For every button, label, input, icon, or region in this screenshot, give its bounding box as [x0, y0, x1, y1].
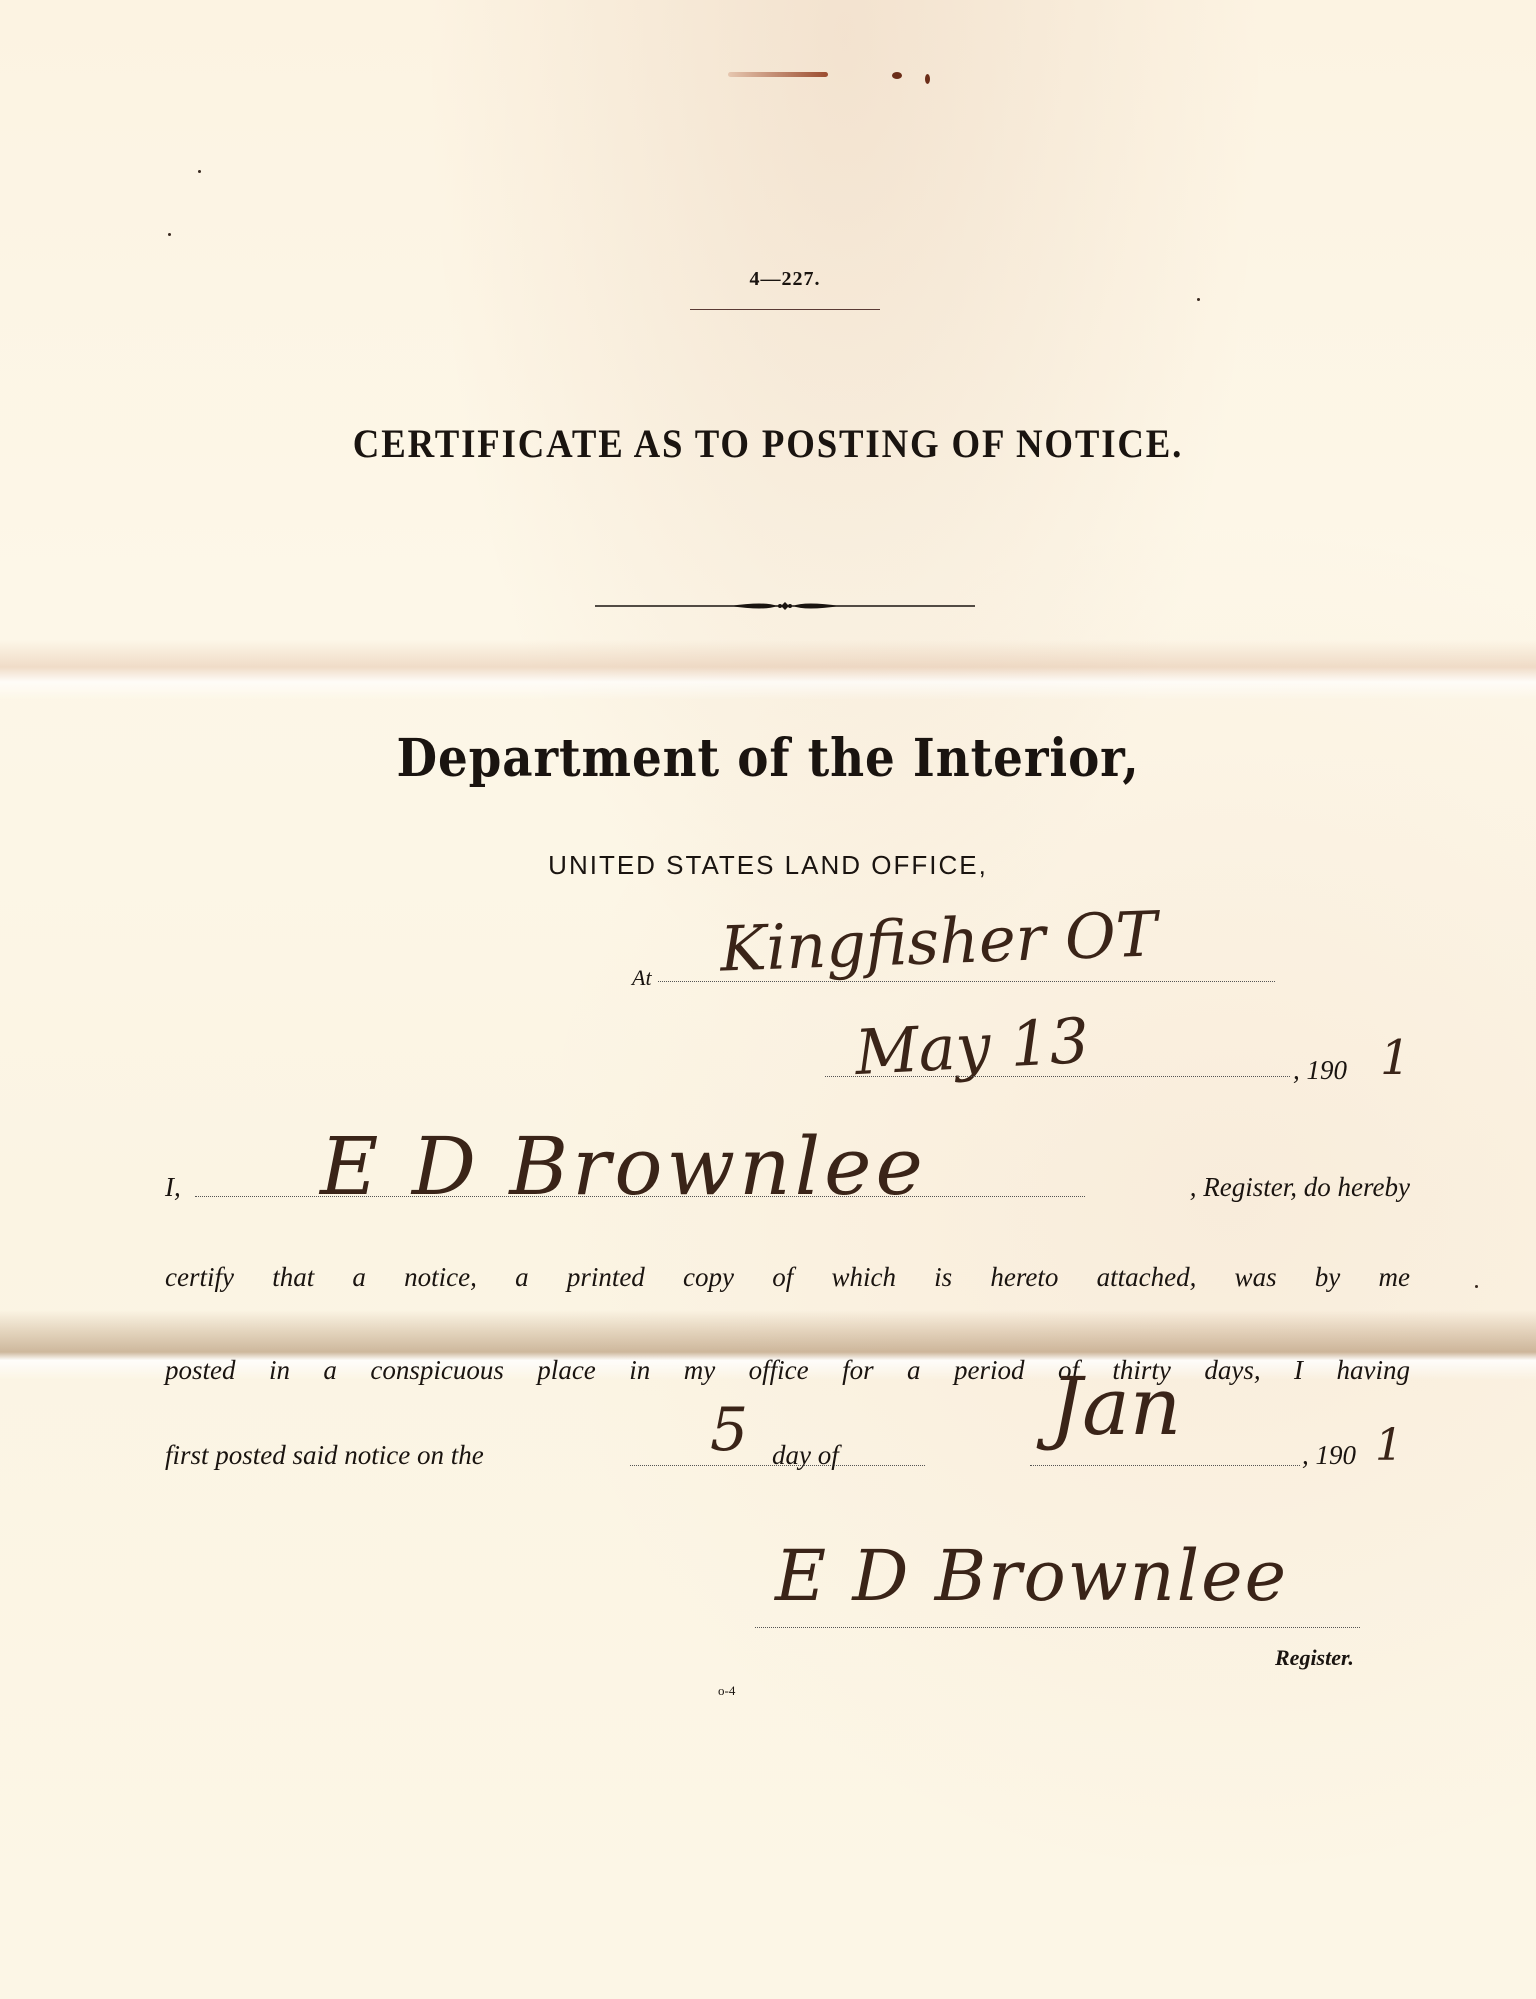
form-number: 4—227. [690, 268, 880, 291]
month-field-line [1030, 1465, 1300, 1466]
signature-label: Register. [1275, 1645, 1354, 1671]
posted-text: posted in a conspicuous place in my offi… [165, 1355, 1410, 1386]
paper-speck [198, 170, 201, 173]
first-posted-prefix: first posted said notice on the [165, 1440, 484, 1471]
signature-handwritten: E D Brownlee [775, 1535, 1288, 1617]
location-handwritten: Kingfisher OT [719, 897, 1158, 985]
day-handwritten: 5 [710, 1395, 748, 1465]
signature-line [755, 1627, 1360, 1628]
ornament-divider-icon [595, 596, 975, 616]
form-number-rule [690, 309, 880, 310]
register-suffix: , Register, do hereby [1190, 1172, 1410, 1203]
date-field-line [825, 1076, 1290, 1077]
year-printed: , 190 [1302, 1440, 1356, 1471]
register-name-handwritten: E D Brownlee [320, 1120, 927, 1213]
month-handwritten: Jan [1050, 1360, 1181, 1453]
date-year-printed: , 190 [1293, 1055, 1347, 1086]
location-label: At [632, 965, 652, 991]
day-field-line [630, 1465, 925, 1466]
rust-stain [728, 72, 828, 77]
certify-text: certify that a notice, a printed copy of… [165, 1262, 1410, 1293]
paper-speck [168, 233, 171, 236]
fold-crease-upper [0, 640, 1536, 700]
day-of-label: day of [772, 1440, 839, 1471]
rust-spot [925, 74, 930, 84]
paper-speck [1197, 298, 1200, 301]
posted-line: posted in a conspicuous place in my offi… [165, 1355, 1410, 1386]
register-prefix: I, [165, 1172, 181, 1203]
date-year-handwritten: 1 [1380, 1030, 1411, 1086]
paper-background [0, 0, 1536, 1999]
year-handwritten: 1 [1375, 1420, 1403, 1471]
paper-speck [1475, 1285, 1478, 1288]
rust-spot [892, 72, 902, 79]
department-heading: Department of the Interior, [77, 728, 1459, 789]
print-code: o-4 [718, 1683, 735, 1699]
first-posted-line: first posted said notice on the day of ,… [165, 1440, 1410, 1471]
certify-line: certify that a notice, a printed copy of… [165, 1262, 1410, 1293]
document-title: CERTIFICATE AS TO POSTING OF NOTICE. [61, 420, 1474, 467]
land-office-heading: UNITED STATES LAND OFFICE, [0, 850, 1536, 881]
